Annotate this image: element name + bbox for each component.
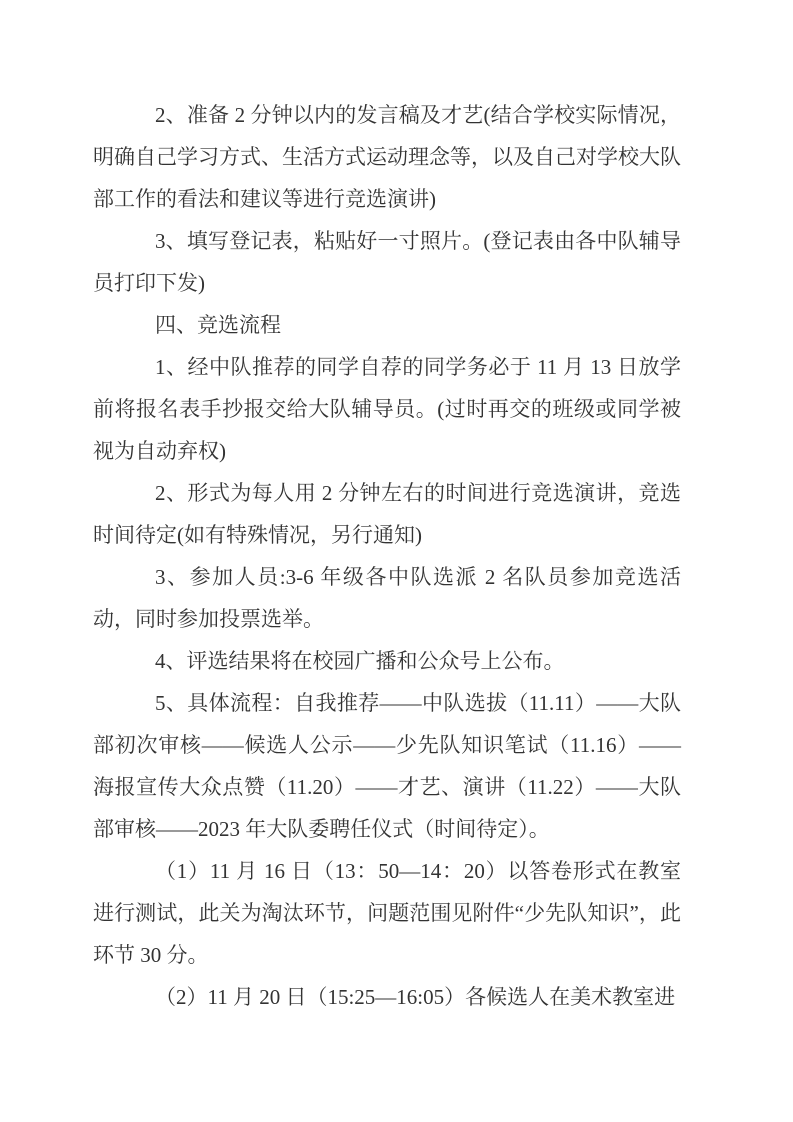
paragraph-deadline: 1、经中队推荐的同学自荐的同学务必于 11 月 13 日放学前将报名表手抄报交给… [93,346,681,472]
paragraph-speech-format: 2、形式为每人用 2 分钟左右的时间进行竞选演讲，竞选时间待定(如有特殊情况，另… [93,472,681,556]
paragraph-written-test: （1）11 月 16 日（13：50—14：20）以答卷形式在教室进行测试，此关… [93,850,681,976]
paragraph-prep-speech: 2、准备 2 分钟以内的发言稿及才艺(结合学校实际情况，明确自己学习方式、生活方… [93,94,681,220]
paragraph-results-announcement: 4、评选结果将在校园广播和公众号上公布。 [93,640,681,682]
paragraph-art-room-session: （2）11 月 20 日（15:25—16:05）各候选人在美术教室进 [93,976,681,1018]
document-body: 2、准备 2 分钟以内的发言稿及才艺(结合学校实际情况，明确自己学习方式、生活方… [93,94,681,1018]
paragraph-participants: 3、参加人员:3-6 年级各中队选派 2 名队员参加竞选活动，同时参加投票选举。 [93,556,681,640]
section-heading-election-process: 四、竞选流程 [93,304,681,346]
document-page: 2、准备 2 分钟以内的发言稿及才艺(结合学校实际情况，明确自己学习方式、生活方… [0,0,793,1122]
paragraph-registration-form: 3、填写登记表，粘贴好一寸照片。(登记表由各中队辅导员打印下发) [93,220,681,304]
paragraph-detailed-flow: 5、具体流程：自我推荐——中队选拔（11.11）——大队部初次审核——候选人公示… [93,682,681,850]
